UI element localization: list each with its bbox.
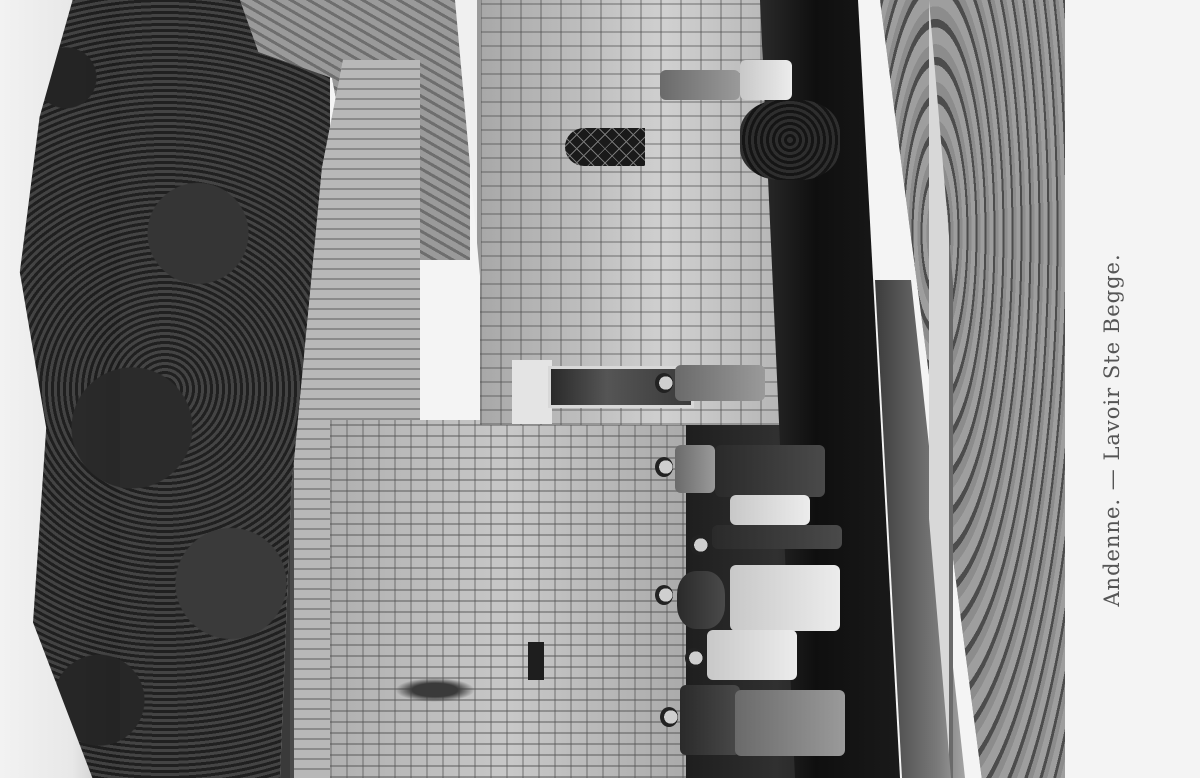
wall-stain — [395, 678, 475, 702]
lavoir-front-wall — [330, 420, 690, 778]
wall-opening — [528, 642, 544, 680]
trees — [0, 0, 330, 778]
postcard-caption: Andenne. — Lavoir Ste Begge. — [1100, 253, 1124, 606]
stone-ledge — [512, 360, 552, 424]
postcard-photo: Andenne. — Lavoir Ste Begge. — [0, 0, 1200, 778]
arched-window — [565, 128, 645, 166]
shrubs — [740, 100, 840, 180]
